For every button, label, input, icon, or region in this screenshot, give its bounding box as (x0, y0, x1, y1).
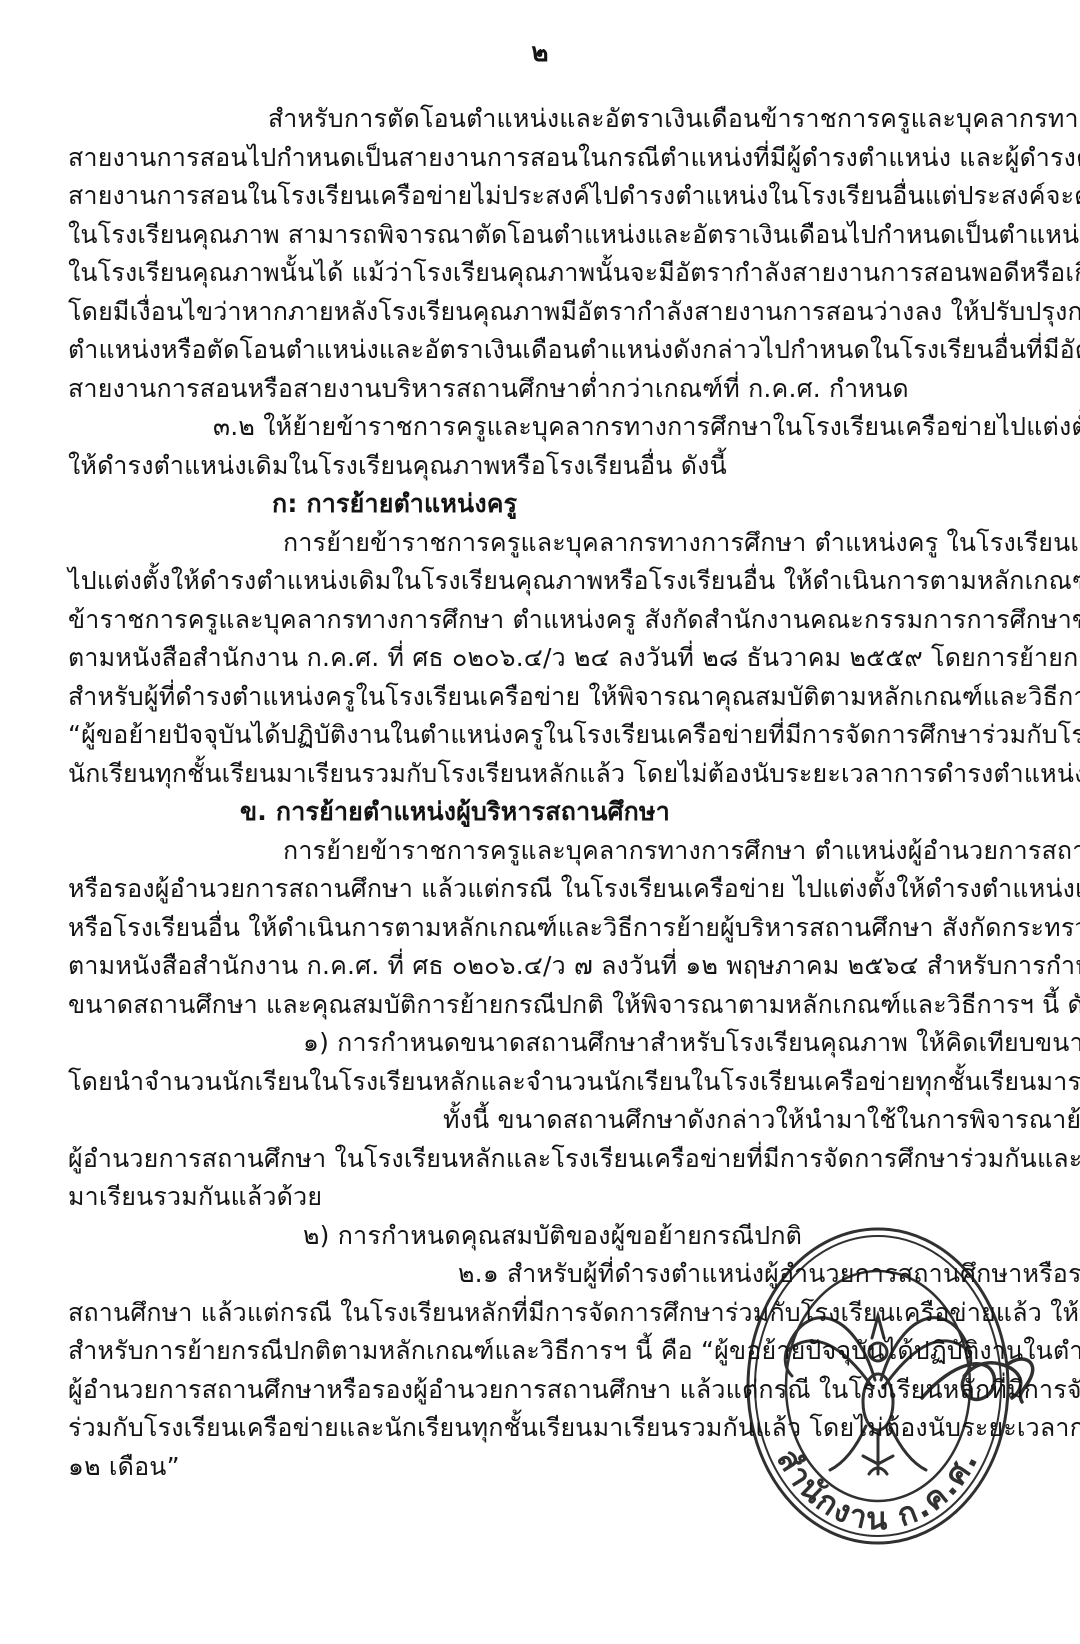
text-line: ข้าราชการครูและบุคลากรทางการศึกษา ตำแหน่… (68, 601, 1016, 640)
text-line: โดยนำจำนวนนักเรียนในโรงเรียนหลักและจำนวน… (68, 1063, 1016, 1102)
text-line: ตามหนังสือสำนักงาน ก.ค.ศ. ที่ ศธ ๐๒๐๖.๔/… (68, 639, 1016, 678)
text-line: สายงานการสอนหรือสายงานบริหารสถานศึกษาต่ำ… (68, 370, 1016, 409)
page-number: ๒ (0, 0, 1080, 70)
text-line: หรือรองผู้อำนวยการสถานศึกษา แล้วแต่กรณี … (68, 870, 1016, 909)
text-line: มาเรียนรวมกันแล้วด้วย (68, 1178, 1016, 1217)
section-heading-kho: ข. การย้ายตำแหน่งผู้บริหารสถานศึกษา (68, 793, 1016, 832)
text-line: การย้ายข้าราชการครูและบุคลากรทางการศึกษา… (68, 524, 1016, 563)
text-line: สายงานการสอนในโรงเรียนเครือข่ายไม่ประสงค… (68, 177, 1016, 216)
text-line: “ผู้ขอย้ายปัจจุบันได้ปฏิบัติงานในตำแหน่ง… (68, 716, 1016, 755)
text-line: ขนาดสถานศึกษา และคุณสมบัติการย้ายกรณีปกต… (68, 986, 1016, 1025)
text-line: หรือโรงเรียนอื่น ให้ดำเนินการตามหลักเกณฑ… (68, 909, 1016, 948)
text-line: ในโรงเรียนคุณภาพนั้นได้ แม้ว่าโรงเรียนคุ… (68, 254, 1016, 293)
text-line: นักเรียนทุกชั้นเรียนมาเรียนรวมกับโรงเรีย… (68, 755, 1016, 794)
section-heading-ka: ก: การย้ายตำแหน่งครู (68, 485, 1016, 524)
text-line: ๓.๒ ให้ย้ายข้าราชการครูและบุคลากรทางการศ… (68, 408, 1016, 447)
text-line: ไปแต่งตั้งให้ดำรงตำแหน่งเดิมในโรงเรียนคุ… (68, 562, 1016, 601)
text-line: ตามหนังสือสำนักงาน ก.ค.ศ. ที่ ศธ ๐๒๐๖.๔/… (68, 947, 1016, 986)
text-line: ให้ดำรงตำแหน่งเดิมในโรงเรียนคุณภาพหรือโร… (68, 447, 1016, 486)
text-line: ทั้งนี้ ขนาดสถานศึกษาดังกล่าวให้นำมาใช้ใ… (68, 1101, 1016, 1140)
list-item-1: ๑) การกำหนดขนาดสถานศึกษาสำหรับโรงเรียนคุ… (68, 1024, 1016, 1063)
text-line: สำหรับการตัดโอนตำแหน่งและอัตราเงินเดือนข… (68, 100, 1016, 139)
text-line: ตำแหน่งหรือตัดโอนตำแหน่งและอัตราเงินเดือ… (68, 331, 1016, 370)
seal-rings (748, 1229, 1008, 1543)
text-line: ในโรงเรียนคุณภาพ สามารถพิจารณาตัดโอนตำแห… (68, 216, 1016, 255)
text-line: สำหรับผู้ที่ดำรงตำแหน่งครูในโรงเรียนเครื… (68, 678, 1016, 717)
text-line: ผู้อำนวยการสถานศึกษา ในโรงเรียนหลักและโร… (68, 1140, 1016, 1179)
official-seal-stamp: สำนักงาน ก.ค.ศ. (726, 1212, 1070, 1572)
garuda-icon (785, 1316, 971, 1474)
signature-mark (922, 1359, 1033, 1402)
text-line: การย้ายข้าราชการครูและบุคลากรทางการศึกษา… (68, 832, 1016, 871)
text-line: สายงานการสอนไปกำหนดเป็นสายงานการสอนในกรณ… (68, 139, 1016, 178)
document-page: ๒ สำหรับการตัดโอนตำแหน่งและอัตราเงินเดือ… (0, 0, 1080, 1644)
text-line: โดยมีเงื่อนไขว่าหากภายหลังโรงเรียนคุณภาพ… (68, 293, 1016, 332)
